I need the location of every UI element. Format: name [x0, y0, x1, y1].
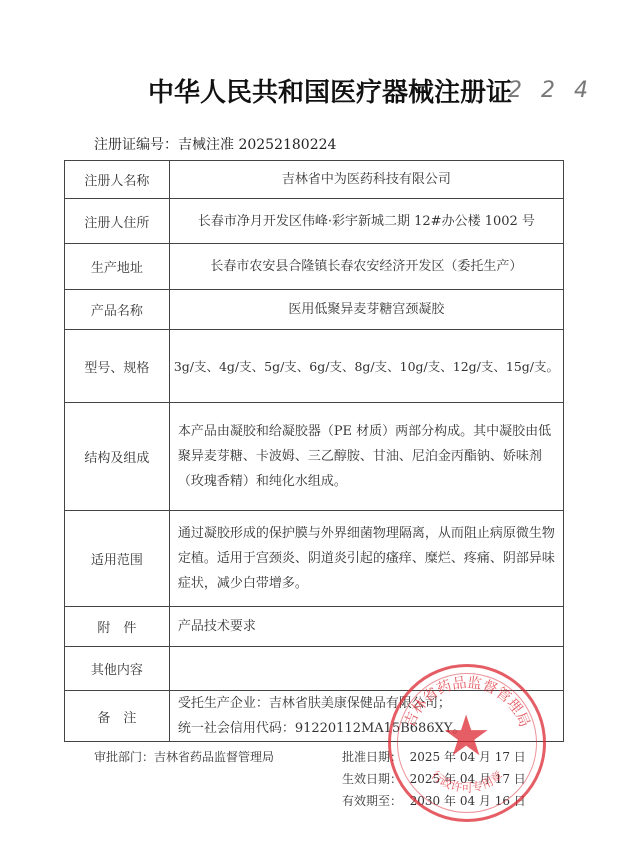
row-label: 其他内容	[65, 647, 170, 691]
registration-number-label: 注册证编号：	[94, 137, 178, 153]
svg-text:行政许可专用章: 行政许可专用章	[429, 768, 506, 795]
registration-number-value: 吉械注准 20252180224	[178, 137, 336, 153]
row-label: 适用范围	[65, 511, 170, 607]
table-row: 注册人住所 长春市净月开发区伟峰·彩宇新城二期 12#办公楼 1002 号	[65, 199, 564, 244]
row-value: 长春市农安县合隆镇长春农安经济开发区（委托生产）	[169, 244, 563, 290]
row-value: 医用低聚异麦芽糖宫颈凝胶	[169, 290, 563, 330]
row-label: 生产地址	[65, 244, 170, 290]
table-row: 注册人名称 吉林省中为医药科技有限公司	[65, 161, 564, 199]
row-value: 产品技术要求	[169, 607, 563, 647]
table-row: 结构及组成 本产品由凝胶和给凝胶器（PE 材质）两部分构成。其中凝胶由低聚异麦芽…	[65, 403, 564, 511]
table-row: 适用范围 通过凝胶形成的保护膜与外界细菌物理隔离，从而阻止病原微生物定植。适用于…	[65, 511, 564, 607]
row-value: 吉林省中为医药科技有限公司	[169, 161, 563, 199]
table-row: 生产地址 长春市农安县合隆镇长春农安经济开发区（委托生产）	[65, 244, 564, 290]
row-label: 附 件	[65, 607, 170, 647]
certificate-table: 注册人名称 吉林省中为医药科技有限公司 注册人住所 长春市净月开发区伟峰·彩宇新…	[64, 160, 564, 742]
seal-star-icon: ★	[441, 709, 491, 765]
row-label: 型号、规格	[65, 330, 170, 403]
document-title: 中华人民共和国医疗器械注册证	[148, 72, 488, 109]
row-label: 产品名称	[65, 290, 170, 330]
table-row: 型号、规格 3g/支、4g/支、5g/支、6g/支、8g/支、10g/支、12g…	[65, 330, 564, 403]
row-label: 结构及组成	[65, 403, 170, 511]
row-value: 长春市净月开发区伟峰·彩宇新城二期 12#办公楼 1002 号	[169, 199, 563, 244]
row-label: 备 注	[65, 691, 170, 742]
table-row: 产品名称 医用低聚异麦芽糖宫颈凝胶	[65, 290, 564, 330]
row-value: 通过凝胶形成的保护膜与外界细菌物理隔离，从而阻止病原微生物定植。适用于宫颈炎、阴…	[169, 511, 563, 607]
registration-number: 注册证编号：吉械注准 20252180224	[94, 134, 336, 154]
approval-department: 审批部门：吉林省药品监督管理局	[94, 748, 274, 765]
row-label: 注册人住所	[65, 199, 170, 244]
row-label: 注册人名称	[65, 161, 170, 199]
row-value: 本产品由凝胶和给凝胶器（PE 材质）两部分构成。其中凝胶由低聚异麦芽糖、卡波姆、…	[169, 403, 563, 511]
row-value: 3g/支、4g/支、5g/支、6g/支、8g/支、10g/支、12g/支、15g…	[169, 330, 563, 403]
official-seal: 吉林省药品监督管理局 行政许可专用章 ★	[388, 664, 546, 822]
handwritten-note: 2 2 4	[508, 78, 594, 103]
table-row: 附 件 产品技术要求	[65, 607, 564, 647]
